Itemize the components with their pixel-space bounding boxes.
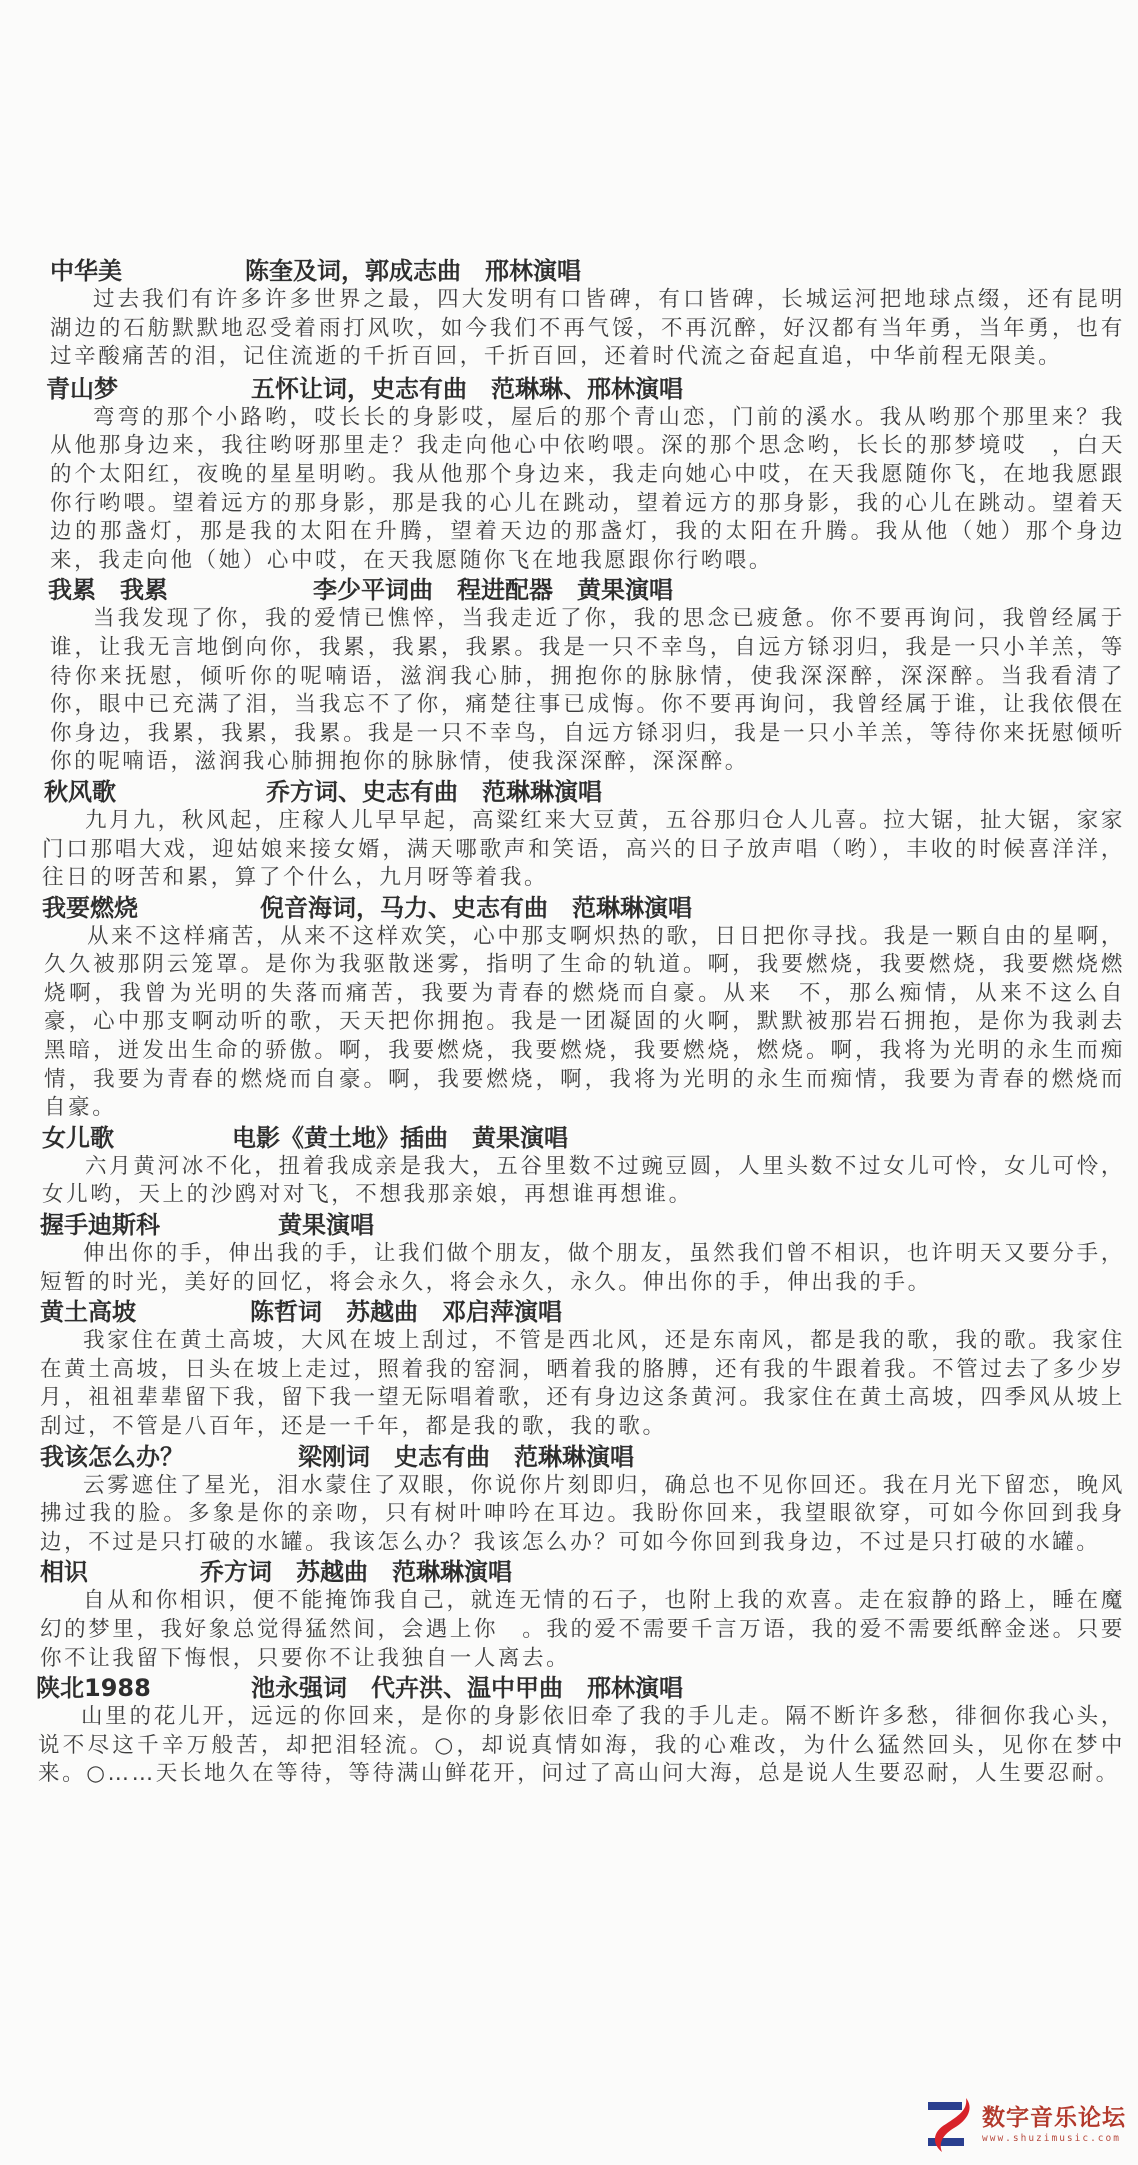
song-title: 中华美 [50,256,245,286]
watermark-logo: 数字音乐论坛 www.shuzimusic.com [928,2090,1133,2160]
song-header: 我要燃烧 倪音海词，马力、史志有曲 范琳琳演唱 [42,893,1125,923]
song-lyrics: 我家住在黄土高坡，大风在坡上刮过，不管是西北风，还是东南风，都是我的歌，我的歌。… [40,1327,1125,1441]
song-title: 相识 [40,1557,200,1587]
song-title: 我累 我累 [48,575,313,605]
song-header: 相识 乔方词 苏越曲 范琳琳演唱 [40,1557,1125,1587]
song-title: 黄土高坡 [40,1297,250,1327]
song-entry: 青山梦 五怀让词，史志有曲 范琳琳、邢林演唱 弯弯的那个小路哟，哎长长的身影哎，… [50,374,1125,576]
song-credits: 乔方词 苏越曲 范琳琳演唱 [200,1557,512,1587]
song-entry: 我要燃烧 倪音海词，马力、史志有曲 范琳琳演唱 从来不这样痛苦，从来不这样欢笑，… [50,893,1125,1123]
watermark-url: www.shuzimusic.com [982,2132,1126,2146]
z-logo-icon [928,2098,976,2152]
song-credits: 陈奎及词，郭成志曲 邢林演唱 [245,256,581,286]
song-credits: 倪音海词，马力、史志有曲 范琳琳演唱 [260,893,692,923]
song-lyrics: 云雾遮住了星光，泪水蒙住了双眼，你说你片刻即归，确总也不见你回还。我在月光下留恋… [40,1472,1125,1558]
song-entry: 女儿歌 电影《黄土地》插曲 黄果演唱 六月黄河冰不化，扭着我成亲是我大，五谷里数… [50,1123,1125,1210]
song-header: 秋风歌 乔方词、史志有曲 范琳琳演唱 [44,777,1125,807]
song-credits: 陈哲词 苏越曲 邓启萍演唱 [250,1297,562,1327]
song-credits: 五怀让词，史志有曲 范琳琳、邢林演唱 [251,374,683,404]
song-title: 握手迪斯科 [40,1210,278,1240]
song-title: 秋风歌 [44,777,266,807]
song-entry: 握手迪斯科 黄果演唱 伸出你的手，伸出我的手，让我们做个朋友，做个朋友，虽然我们… [50,1210,1125,1297]
song-lyrics: 从来不这样痛苦，从来不这样欢笑，心中那支啊炽热的歌，日日把你寻找。我是一颗自由的… [44,923,1125,1123]
song-lyrics: 过去我们有许多许多世界之最，四大发明有口皆碑，有口皆碑，长城运河把地球点缀，还有… [50,286,1125,372]
song-lyrics: 伸出你的手，伸出我的手，让我们做个朋友，做个朋友，虽然我们曾不相识，也许明天又要… [40,1240,1125,1297]
watermark-name: 数字音乐论坛 [982,2104,1126,2132]
song-credits: 黄果演唱 [278,1210,374,1240]
lyrics-page: 中华美 陈奎及词，郭成志曲 邢林演唱 过去我们有许多许多世界之最，四大发明有口皆… [0,0,1138,2165]
song-entry: 秋风歌 乔方词、史志有曲 范琳琳演唱 九月九，秋风起，庄稼人儿早早起，高粱红来大… [50,777,1125,893]
song-credits: 梁刚词 史志有曲 范琳琳演唱 [298,1442,634,1472]
song-lyrics: 弯弯的那个小路哟，哎长长的身影哎，屋后的那个青山恋，门前的溪水。我从哟那个那里来… [50,404,1125,576]
song-entry: 中华美 陈奎及词，郭成志曲 邢林演唱 过去我们有许多许多世界之最，四大发明有口皆… [50,256,1125,372]
song-lyrics: 山里的花儿开，远远的你回来，是你的身影依旧牵了我的手儿走。隔不断许多愁，徘徊你我… [38,1703,1125,1789]
song-entry: 陕北1988 池永强词 代卉洪、温中甲曲 邢林演唱 山里的花儿开，远远的你回来，… [50,1673,1125,1789]
song-lyrics: 六月黄河冰不化，扭着我成亲是我大，五谷里数不过豌豆圆，人里头数不过女儿可怜，女儿… [42,1153,1125,1210]
song-list: 中华美 陈奎及词，郭成志曲 邢林演唱 过去我们有许多许多世界之最，四大发明有口皆… [50,256,1125,1789]
song-header: 中华美 陈奎及词，郭成志曲 邢林演唱 [50,256,1125,286]
song-credits: 乔方词、史志有曲 范琳琳演唱 [266,777,602,807]
song-header: 青山梦 五怀让词，史志有曲 范琳琳、邢林演唱 [46,374,1125,404]
song-lyrics: 自从和你相识，便不能掩饰我自己，就连无情的石子，也附上我的欢喜。走在寂静的路上，… [40,1587,1125,1673]
song-title: 我该怎么办？ [40,1442,298,1472]
song-title: 青山梦 [46,374,251,404]
song-title: 我要燃烧 [42,893,260,923]
song-header: 我累 我累 李少平词曲 程进配器 黄果演唱 [48,575,1125,605]
song-entry: 相识 乔方词 苏越曲 范琳琳演唱 自从和你相识，便不能掩饰我自己，就连无情的石子… [50,1557,1125,1673]
song-lyrics: 九月九，秋风起，庄稼人儿早早起，高粱红来大豆黄，五谷那归仓人儿喜。拉大锯，扯大锯… [42,807,1125,893]
song-credits: 池永强词 代卉洪、温中甲曲 邢林演唱 [251,1673,683,1703]
song-header: 陕北1988 池永强词 代卉洪、温中甲曲 邢林演唱 [36,1673,1125,1703]
song-header: 女儿歌 电影《黄土地》插曲 黄果演唱 [42,1123,1125,1153]
song-header: 黄土高坡 陈哲词 苏越曲 邓启萍演唱 [40,1297,1125,1327]
song-credits: 李少平词曲 程进配器 黄果演唱 [313,575,673,605]
song-title: 陕北1988 [36,1673,251,1703]
song-title: 女儿歌 [42,1123,232,1153]
song-header: 我该怎么办？ 梁刚词 史志有曲 范琳琳演唱 [40,1442,1125,1472]
song-lyrics: 当我发现了你，我的爱情已憔悴，当我走近了你，我的思念已疲惫。你不要再询问，我曾经… [50,605,1125,777]
song-entry: 我累 我累 李少平词曲 程进配器 黄果演唱 当我发现了你，我的爱情已憔悴，当我走… [50,575,1125,777]
song-entry: 我该怎么办？ 梁刚词 史志有曲 范琳琳演唱 云雾遮住了星光，泪水蒙住了双眼，你说… [50,1442,1125,1558]
song-credits: 电影《黄土地》插曲 黄果演唱 [232,1123,568,1153]
song-header: 握手迪斯科 黄果演唱 [40,1210,1125,1240]
song-entry: 黄土高坡 陈哲词 苏越曲 邓启萍演唱 我家住在黄土高坡，大风在坡上刮过，不管是西… [50,1297,1125,1441]
